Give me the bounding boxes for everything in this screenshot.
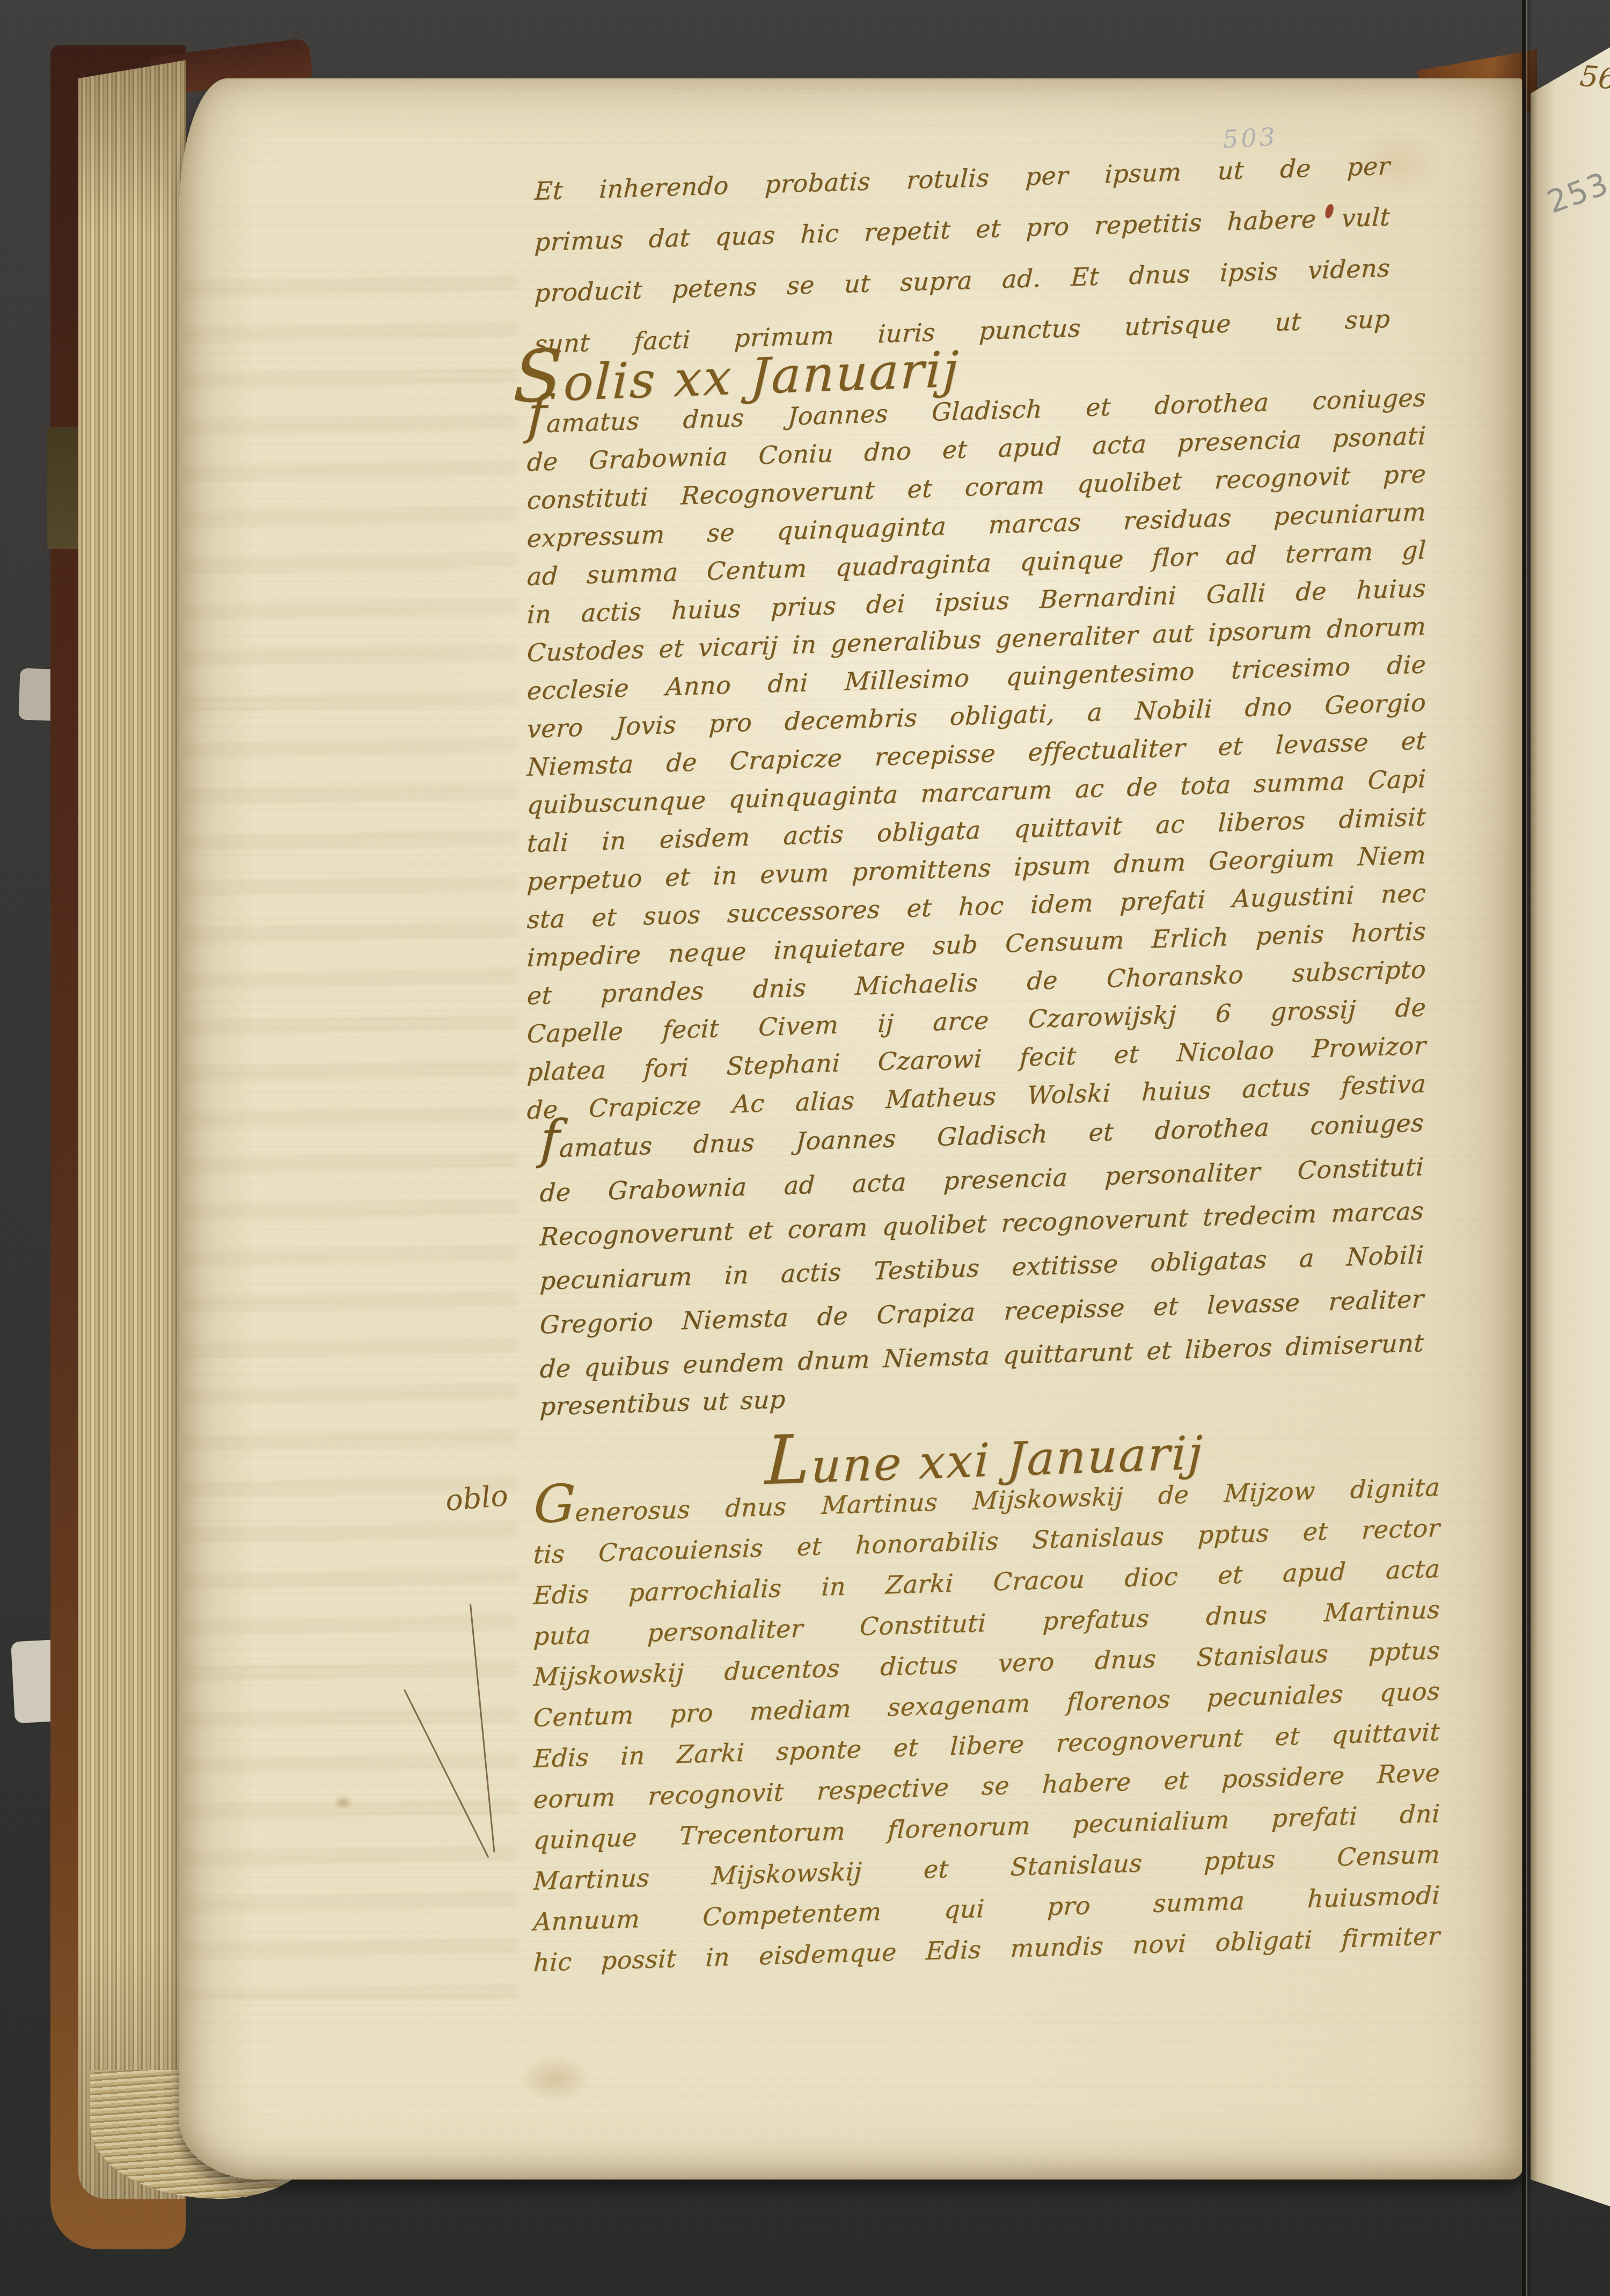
glass-edge-line: [1522, 0, 1531, 2296]
manuscript-line: primus dat quas hic repetit et pro repet…: [534, 203, 1391, 257]
faint-blue-foliation: 503: [1222, 124, 1278, 151]
ink-showthrough: [185, 250, 517, 2000]
manuscript-line: producit petens se ut supra ad. Et dnus …: [534, 254, 1391, 308]
margin-note-oblo: oblo: [444, 1481, 509, 1515]
manuscript-line: Recognoverunt et coram quolibet recognov…: [539, 1197, 1424, 1251]
photographed-manuscript-scene: 56 253 503 Et inherendo probatis rotulis…: [0, 0, 1610, 2296]
manuscript-line: Gregorio Niemsta de Crapiza recepisse et…: [539, 1285, 1424, 1339]
manuscript-page: 503 Et inherendo probatis rotulis per ip…: [179, 78, 1523, 2180]
folio-number-pencil: 253: [1543, 167, 1610, 218]
next-page-edge: 56 253: [1531, 0, 1610, 2296]
manuscript-line: pecuniarum in actis Testibus extitisse o…: [539, 1241, 1424, 1295]
manuscript-line: Et inherendo probatis rotulis per ipsum …: [534, 152, 1391, 206]
page-edges-stack: [78, 60, 186, 2199]
manuscript-line: de quibus eundem dnum Niemsta quittarunt…: [539, 1329, 1424, 1383]
manuscript-line: de Grabownia ad acta presencia personali…: [539, 1153, 1424, 1207]
manuscript-line: presentibus ut sup: [539, 1385, 793, 1421]
next-page-ink-number: 56: [1578, 62, 1610, 94]
